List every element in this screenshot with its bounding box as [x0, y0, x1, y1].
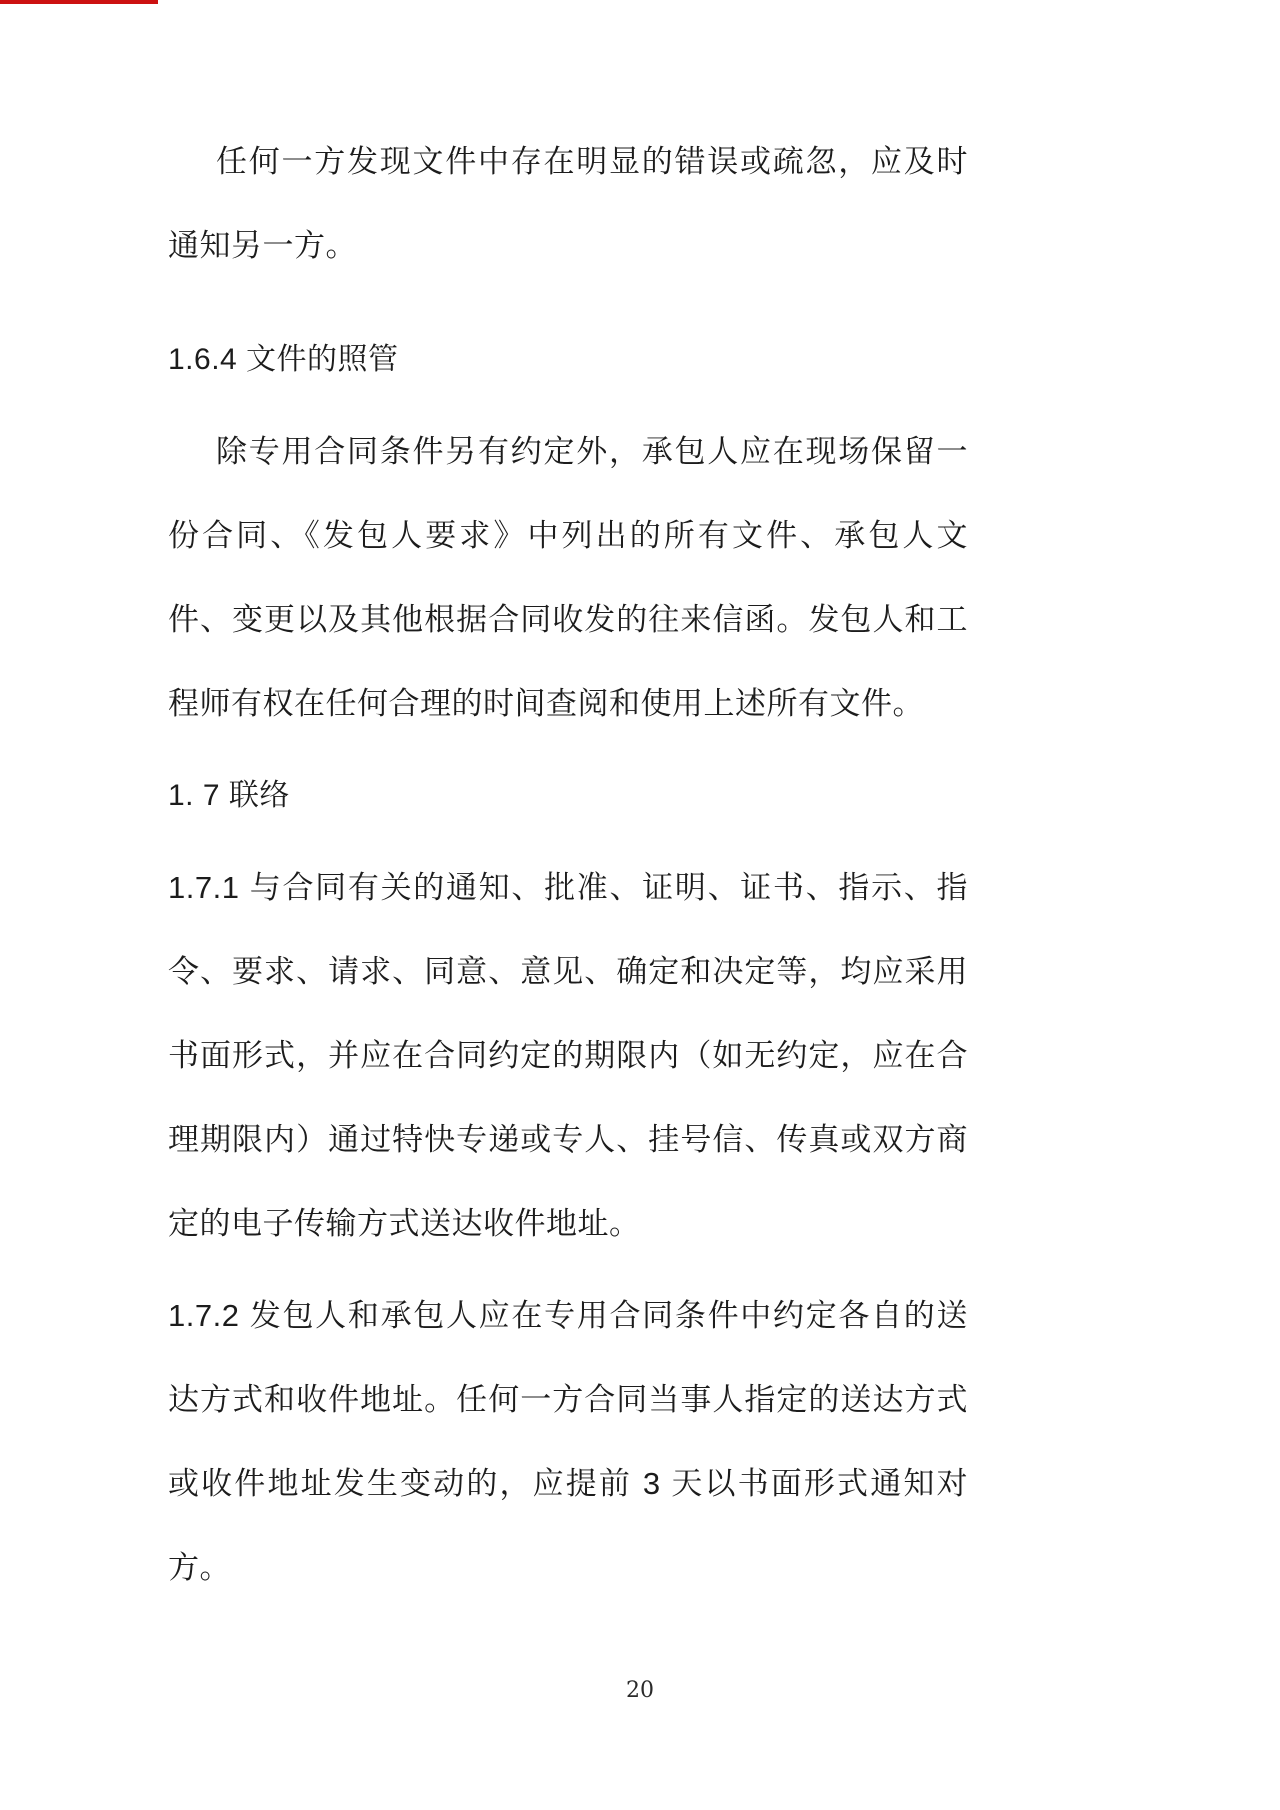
section-heading-1-7: 1. 7 联络	[168, 754, 968, 838]
paragraph-clause-1-7-2: 1.7.2 发包人和承包人应在专用合同条件中约定各自的送达方式和收件地址。任何一…	[168, 1274, 968, 1610]
document-page: 任何一方发现文件中存在明显的错误或疏忽，应及时通知另一方。 1.6.4 文件的照…	[0, 0, 1280, 1810]
section-heading-1-6-4: 1.6.4 文件的照管	[168, 318, 968, 402]
document-body: 任何一方发现文件中存在明显的错误或疏忽，应及时通知另一方。 1.6.4 文件的照…	[168, 120, 968, 1618]
top-edge-red-artifact	[0, 0, 158, 4]
paragraph-care-of-documents: 除专用合同条件另有约定外，承包人应在现场保留一份合同、《发包人要求》中列出的所有…	[168, 410, 968, 746]
paragraph-clause-1-7-1: 1.7.1 与合同有关的通知、批准、证明、证书、指示、指令、要求、请求、同意、意…	[168, 846, 968, 1266]
paragraph-notice-of-errors: 任何一方发现文件中存在明显的错误或疏忽，应及时通知另一方。	[168, 120, 968, 288]
page-number: 20	[0, 1678, 1280, 1703]
